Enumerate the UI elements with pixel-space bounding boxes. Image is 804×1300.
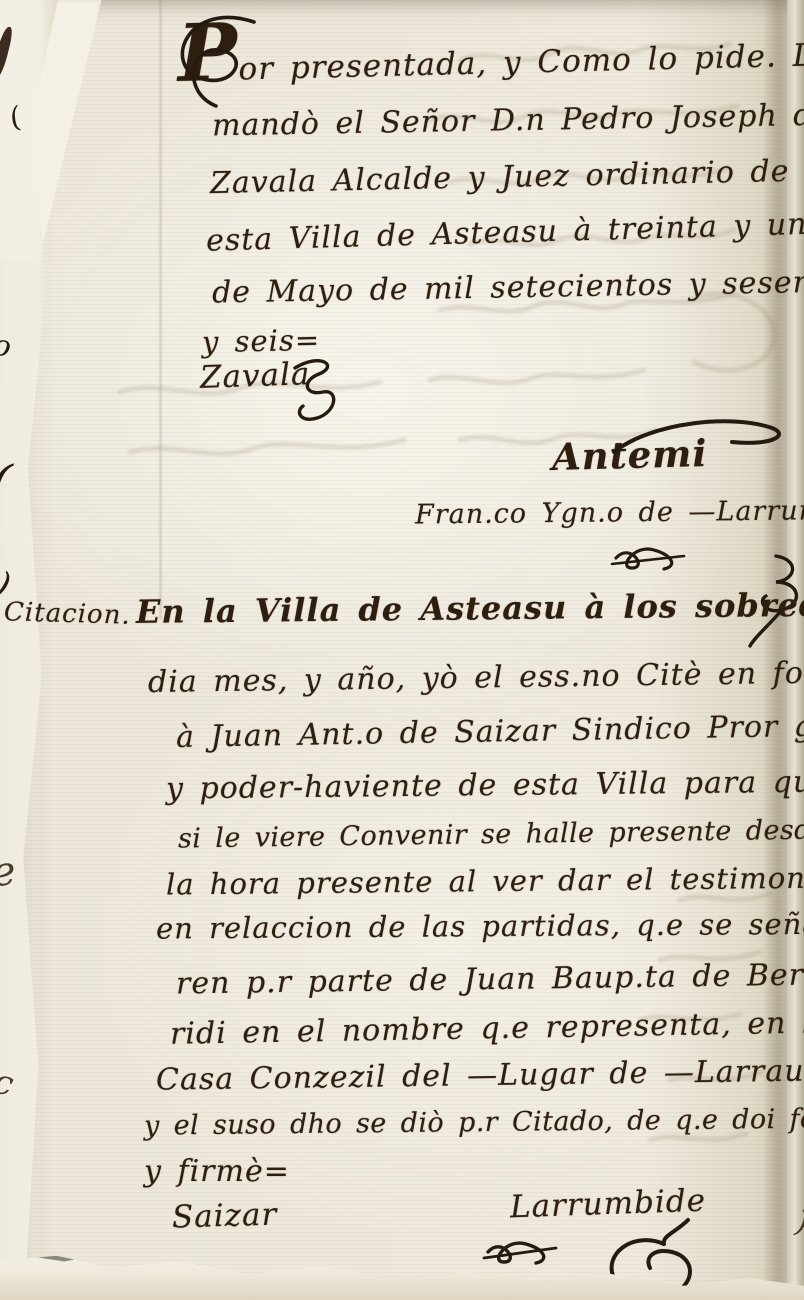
initial-flourish	[158, 8, 278, 128]
saizar-signature: Saizar	[172, 1200, 278, 1234]
manuscript-scan: ( ɔ ( ) e c ) Por presentada, y Como lo …	[0, 0, 804, 1300]
citation-line: En la Villa de Asteasu à los sobredhos	[136, 588, 804, 628]
citation-line: Casa Conzezil del —Lugar de —Larraul,	[156, 1056, 804, 1095]
citation-line: la hora presente al ver dar el testimoni…	[166, 863, 804, 899]
citation-line: y el suso dho se diò p.r Citado, de q.e …	[144, 1105, 804, 1139]
escribano-name: Fran.co Ygn.o de —Larrumbide	[415, 497, 804, 529]
escribano-rubric	[612, 538, 690, 574]
decree-line: y seis=	[202, 326, 321, 357]
margin-note-citacion: Citacion.	[4, 599, 131, 629]
signature-rubric	[287, 356, 345, 434]
manuscript-page: ( ɔ ( ) e c ) Por presentada, y Como lo …	[0, 0, 804, 1300]
citation-line: dia mes, y año, yò el ess.no Citè en for…	[148, 658, 804, 698]
larrumbide-rubric-small	[484, 1232, 562, 1268]
citation-line: en relaccion de las partidas, q.e se señ…	[156, 910, 804, 944]
citation-line: y firmè=	[144, 1157, 290, 1187]
citation-line: ren p.r parte de Juan Baup.ta de Ber-	[176, 961, 804, 1000]
citation-line: y poder-haviente de esta Villa para que	[166, 768, 804, 805]
ante-mi-swash	[612, 420, 792, 460]
